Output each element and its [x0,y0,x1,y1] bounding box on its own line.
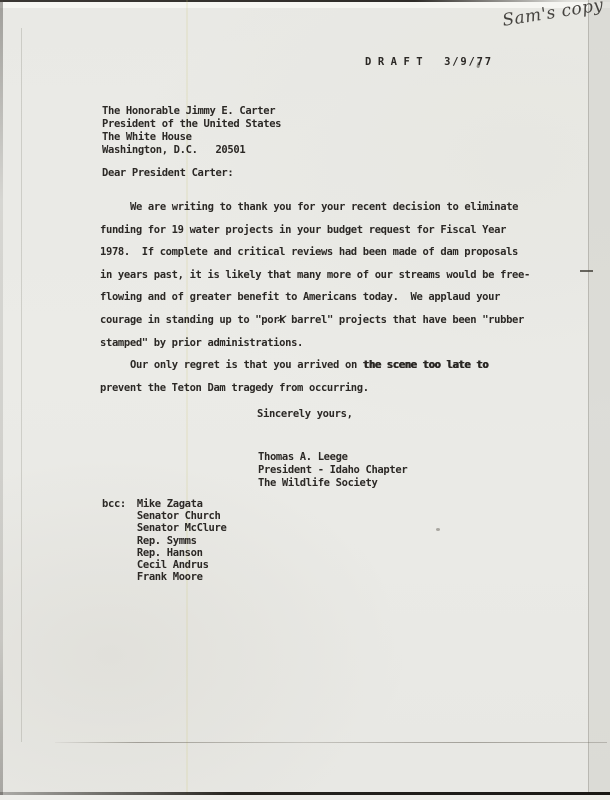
bcc-name: Rep. Hanson [137,547,227,559]
address-line: President of the United States [102,118,281,131]
signature-name: Thomas A. Leege [258,451,407,464]
body-line: Our only regret is that you arrived on t… [100,354,488,377]
draft-label: DRAFT [365,56,429,68]
fold-crease-line [21,28,22,742]
body-line: prevent the Teton Dam tragedy from occur… [100,377,488,400]
address-line: The White House [102,131,281,144]
salutation: Dear President Carter: [102,167,233,180]
ink-speck [436,528,440,531]
bcc-name-list: Mike Zagata Senator Church Senator McClu… [137,498,227,583]
paper-edge-top-highlight [0,2,610,8]
signature-organization: The Wildlife Society [258,477,407,490]
bcc-name: Senator Church [137,510,227,522]
body-text: barrel" projects that have been "rubber [285,314,524,326]
bcc-label: bcc: [102,498,126,583]
body-line: 1978. If complete and critical reviews h… [100,241,530,264]
body-text: courage in standing up to "por [100,314,279,326]
bcc-name: Cecil Andrus [137,559,227,571]
margin-tick-mark [580,270,593,272]
bcc-name: Mike Zagata [137,498,227,510]
paragraph-2: Our only regret is that you arrived on t… [100,354,488,399]
bcc-name: Senator McClure [137,522,227,534]
closing: Sincerely yours, [257,403,353,426]
signature-block: Thomas A. Leege President - Idaho Chapte… [258,451,407,490]
paper-edge-right-shade [589,0,610,800]
scratch-line [55,742,607,743]
paper-edge-left [0,0,3,800]
address-line: The Honorable Jimmy E. Carter [102,105,281,118]
emphasized-text: the scene too late to [363,359,488,371]
bcc-name: Frank Moore [137,571,227,583]
draft-header: DRAFT 3/9/77 [365,56,493,68]
body-line: funding for 19 water projects in your bu… [100,219,530,242]
recipient-address: The Honorable Jimmy E. Carter President … [102,105,281,157]
scanned-letter-page: Sam's copy DRAFT 3/9/77 The Honorable Ji… [0,0,610,800]
body-line: in years past, it is likely that many mo… [100,264,530,287]
overstruck-char: k [279,309,285,332]
body-line-pork-barrel: courage in standing up to "pork barrel" … [100,309,530,332]
body-line: flowing and of greater benefit to Americ… [100,286,530,309]
signature-title: President - Idaho Chapter [258,464,407,477]
bcc-block: bcc: Mike Zagata Senator Church Senator … [102,498,226,583]
paragraph-1: We are writing to thank you for your rec… [100,196,530,354]
paper-edge-bottom-highlight [0,795,610,800]
address-line: Washington, D.C. 20501 [102,144,281,157]
draft-date: 3/9/77 [444,56,493,68]
paper-edge-right [588,0,589,800]
body-text: Our only regret is that you arrived on [130,359,363,371]
body-line: stamped" by prior administrations. [100,332,530,355]
body-line: We are writing to thank you for your rec… [100,196,530,219]
bcc-name: Rep. Symms [137,535,227,547]
